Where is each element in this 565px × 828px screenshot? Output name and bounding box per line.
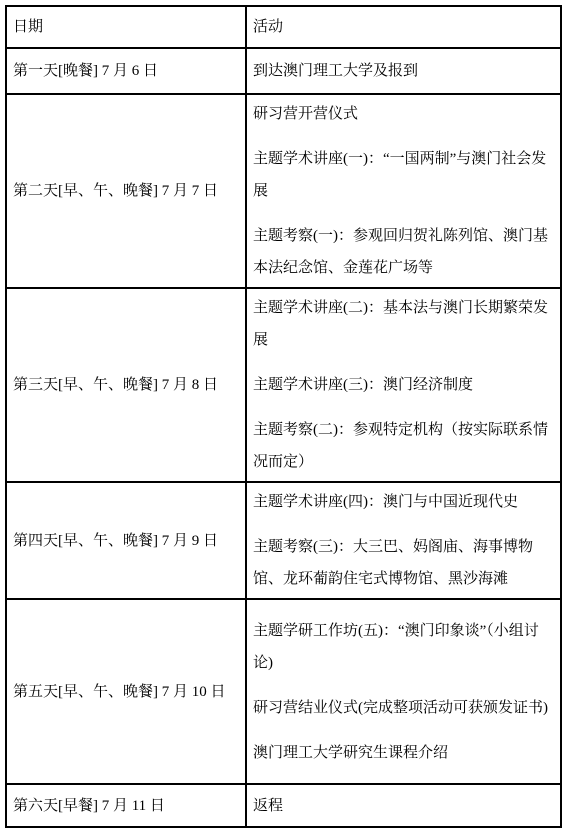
activity-cell-day2: 研习营开营仪式 主题学术讲座(一)：“一国两制”与澳门社会发展 主题考察(一)：… (246, 94, 561, 288)
activity-cell-day3: 主题学术讲座(二)：基本法与澳门长期繁荣发展 主题学术讲座(三)：澳门经济制度 … (246, 288, 561, 482)
activity-item: 主题学研工作坊(五)：“澳门印象谈”（小组讨论) (253, 615, 556, 679)
table-row-day1: 第一天[晚餐] 7 月 6 日 到达澳门理工大学及报到 (6, 48, 561, 94)
activity-item: 主题考察(二)：参观特定机构（按实际联系情况而定） (253, 414, 556, 478)
activity-item: 主题考察(三)：大三巴、妈阁庙、海事博物馆、龙环葡韵住宅式博物馆、黑沙海滩 (253, 531, 556, 595)
activity-cell-day6: 返程 (246, 784, 561, 827)
date-cell-day4: 第四天[早、午、晚餐] 7 月 9 日 (6, 482, 246, 599)
column-header-activity: 活动 (246, 6, 561, 48)
activity-item: 主题学术讲座(三)：澳门经济制度 (253, 369, 556, 401)
activity-item: 研习营结业仪式(完成整项活动可获颁发证书) (253, 692, 556, 724)
date-cell-day2: 第二天[早、午、晚餐] 7 月 7 日 (6, 94, 246, 288)
column-header-date: 日期 (6, 6, 246, 48)
table-row-day3: 第三天[早、午、晚餐] 7 月 8 日 主题学术讲座(二)：基本法与澳门长期繁荣… (6, 288, 561, 482)
schedule-table: 日期 活动 第一天[晚餐] 7 月 6 日 到达澳门理工大学及报到 第二天[早、… (5, 5, 562, 828)
table-row-day4: 第四天[早、午、晚餐] 7 月 9 日 主题学术讲座(四)：澳门与中国近现代史 … (6, 482, 561, 599)
activity-item: 返程 (253, 790, 556, 822)
activity-item: 主题学术讲座(一)：“一国两制”与澳门社会发展 (253, 143, 556, 207)
activity-item: 到达澳门理工大学及报到 (253, 55, 556, 87)
date-cell-day1: 第一天[晚餐] 7 月 6 日 (6, 48, 246, 94)
table-header-row: 日期 活动 (6, 6, 561, 48)
document-page: 日期 活动 第一天[晚餐] 7 月 6 日 到达澳门理工大学及报到 第二天[早、… (0, 0, 565, 825)
activity-item: 澳门理工大学研究生课程介绍 (253, 737, 556, 769)
activity-item: 主题学术讲座(二)：基本法与澳门长期繁荣发展 (253, 292, 556, 356)
activity-item: 主题学术讲座(四)：澳门与中国近现代史 (253, 486, 556, 518)
date-cell-day6: 第六天[早餐] 7 月 11 日 (6, 784, 246, 827)
date-cell-day5: 第五天[早、午、晚餐] 7 月 10 日 (6, 599, 246, 784)
activity-item: 主题考察(一)：参观回归贺礼陈列馆、澳门基本法纪念馆、金莲花广场等 (253, 220, 556, 284)
activity-item: 研习营开营仪式 (253, 98, 556, 130)
activity-cell-day5: 主题学研工作坊(五)：“澳门印象谈”（小组讨论) 研习营结业仪式(完成整项活动可… (246, 599, 561, 784)
table-row-day2: 第二天[早、午、晚餐] 7 月 7 日 研习营开营仪式 主题学术讲座(一)：“一… (6, 94, 561, 288)
date-cell-day3: 第三天[早、午、晚餐] 7 月 8 日 (6, 288, 246, 482)
table-row-day6: 第六天[早餐] 7 月 11 日 返程 (6, 784, 561, 827)
activity-cell-day1: 到达澳门理工大学及报到 (246, 48, 561, 94)
table-row-day5: 第五天[早、午、晚餐] 7 月 10 日 主题学研工作坊(五)：“澳门印象谈”（… (6, 599, 561, 784)
activity-cell-day4: 主题学术讲座(四)：澳门与中国近现代史 主题考察(三)：大三巴、妈阁庙、海事博物… (246, 482, 561, 599)
